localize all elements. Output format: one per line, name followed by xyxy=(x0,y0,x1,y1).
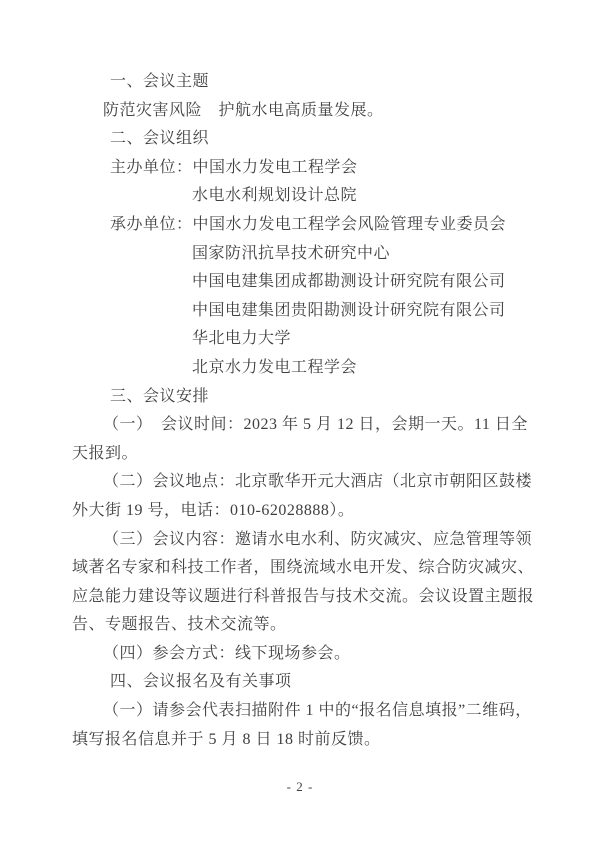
meeting-location-cont: 外大街 19 号，电话：010-62028888）。 xyxy=(72,497,540,526)
registration-line: （一）请参会代表扫描附件 1 中的“报名信息填报”二维码， xyxy=(72,697,540,726)
organizer-name: 华北电力大学 xyxy=(72,325,540,354)
section-heading-2: 二、会议组织 xyxy=(72,125,540,154)
meeting-content-cont: 应急能力建设等议题进行科普报告与技术交流。会议设置主题报 xyxy=(72,583,540,612)
host-unit-name: 水电水利规划设计总院 xyxy=(72,182,540,211)
conference-theme-text: 防范灾害风险 护航水电高质量发展。 xyxy=(72,97,540,126)
participation-mode-line: （四）参会方式：线下现场参会。 xyxy=(72,640,540,669)
document-page: 一、会议主题 防范灾害风险 护航水电高质量发展。 二、会议组织 主办单位：中国水… xyxy=(0,0,600,848)
meeting-content-cont: 域著名专家和科技工作者，围绕流域水电开发、综合防灾减灾、 xyxy=(72,554,540,583)
registration-cont: 填写报名信息并于 5 月 8 日 18 时前反馈。 xyxy=(72,726,540,755)
organizer-unit-line: 承办单位：中国水力发电工程学会风险管理专业委员会 xyxy=(72,211,540,240)
organizer-name: 中国电建集团贵阳勘测设计研究院有限公司 xyxy=(72,297,540,326)
organizer-name: 北京水力发电工程学会 xyxy=(72,354,540,383)
meeting-time-line: （一） 会议时间：2023 年 5 月 12 日，会期一天。11 日全 xyxy=(72,411,540,440)
meeting-location-line: （二）会议地点：北京歌华开元大酒店（北京市朝阳区鼓楼 xyxy=(72,468,540,497)
organizer-name: 中国电建集团成都勘测设计研究院有限公司 xyxy=(72,268,540,297)
organizer-name: 国家防汛抗旱技术研究中心 xyxy=(72,240,540,269)
meeting-content-cont: 告、专题报告、技术交流等。 xyxy=(72,611,540,640)
meeting-time-cont: 天报到。 xyxy=(72,440,540,469)
section-heading-4: 四、会议报名及有关事项 xyxy=(72,668,540,697)
section-heading-1: 一、会议主题 xyxy=(72,68,540,97)
document-body: 一、会议主题 防范灾害风险 护航水电高质量发展。 二、会议组织 主办单位：中国水… xyxy=(72,68,540,754)
meeting-content-line: （三）会议内容：邀请水电水利、防灾减灾、应急管理等领 xyxy=(72,526,540,555)
page-number: - 2 - xyxy=(0,779,600,795)
host-unit-line: 主办单位：中国水力发电工程学会 xyxy=(72,154,540,183)
section-heading-3: 三、会议安排 xyxy=(72,383,540,412)
